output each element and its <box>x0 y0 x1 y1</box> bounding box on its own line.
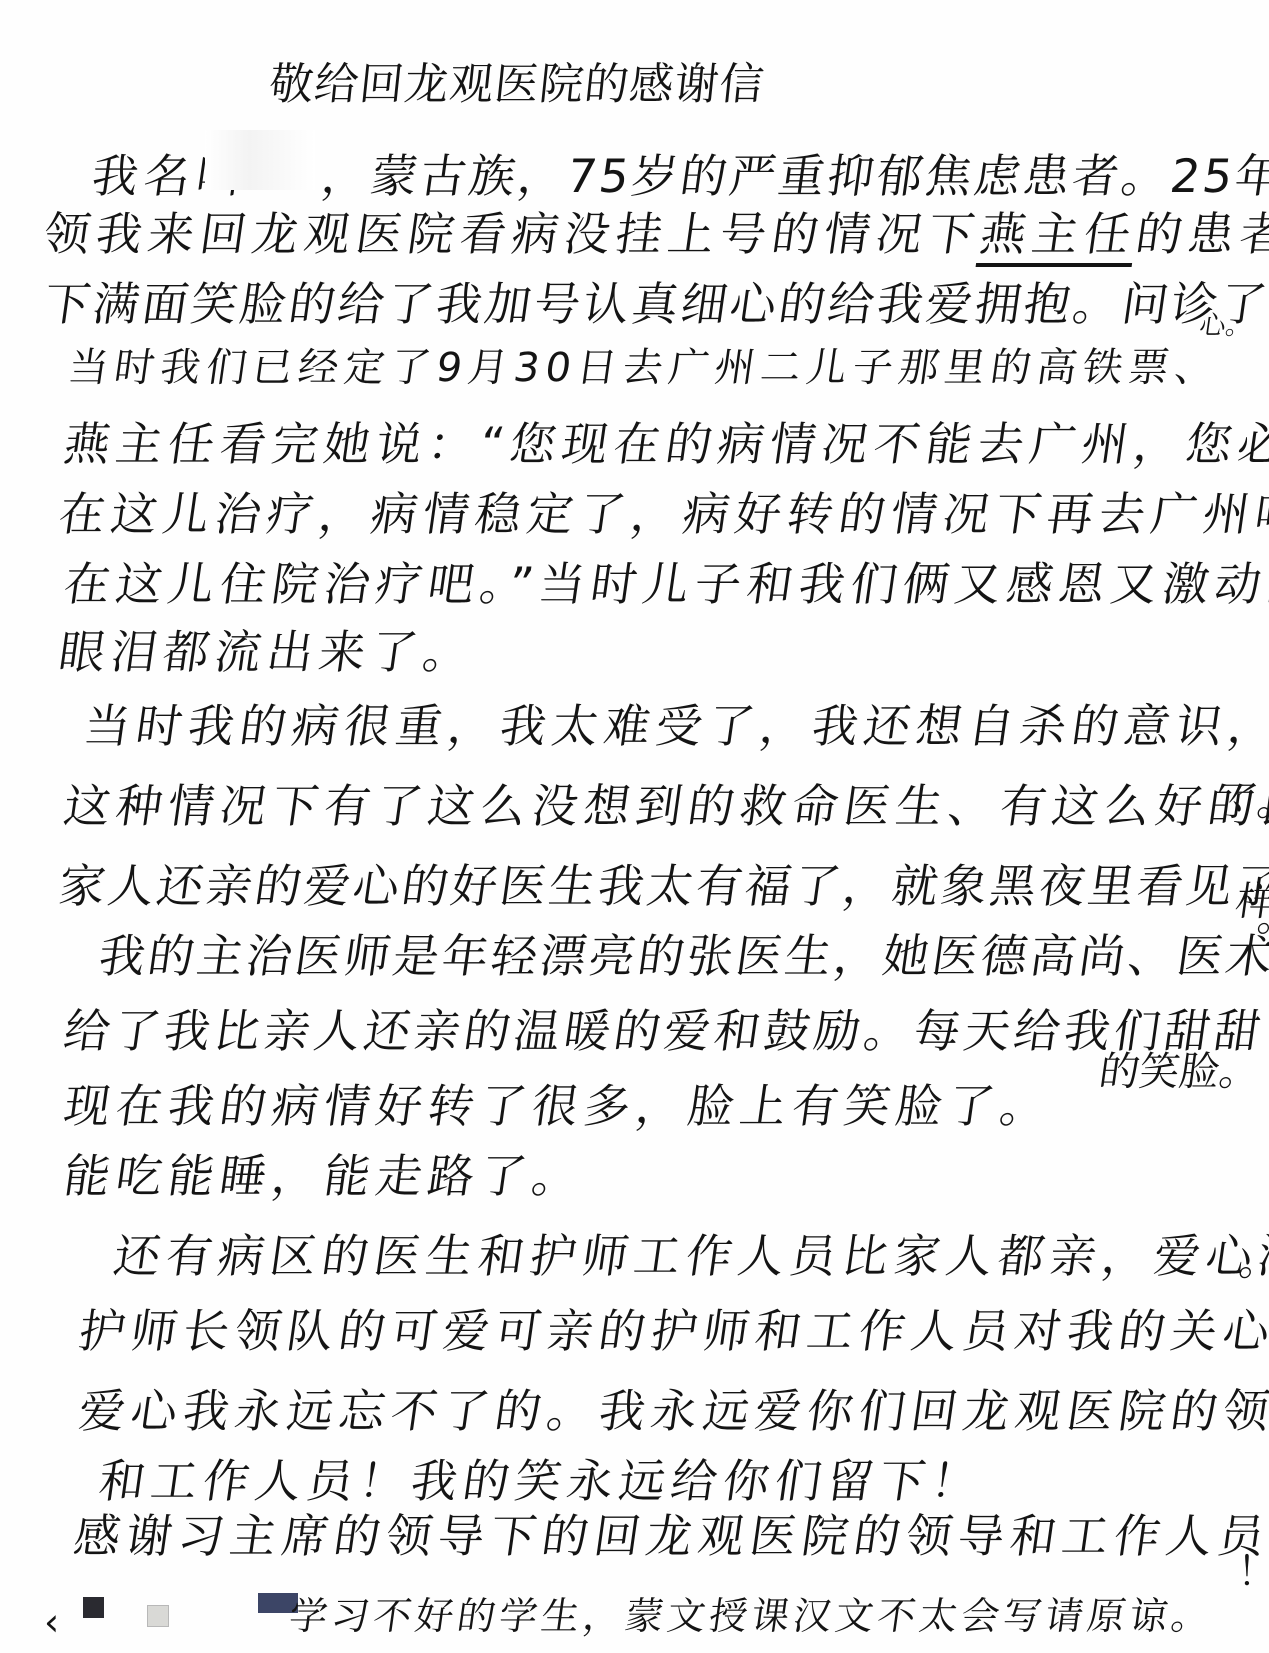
letter-line-7: 在这儿住院治疗吧。”当时儿子和我们俩又感恩又激动的 <box>60 548 1269 614</box>
letter-line-15: 能吃能睡，能走路了。 <box>60 1140 589 1206</box>
letter-line-16: 还有病区的医生和护师工作人员比家人都亲，爱心满满 <box>110 1220 1269 1286</box>
letter-line-5: 燕主任看完她说：“您现在的病情况不能去广州，您必须 <box>60 408 1269 474</box>
letter-title: 敬给回龙观医院的感谢信 <box>267 48 814 112</box>
director-yan-underlined: 燕主任 <box>976 207 1140 267</box>
letter-line-2b: 的患者那么多的情况 <box>1132 207 1269 261</box>
letter-line-18: 爱心我永远忘不了的。我永远爱你们回龙观医院的领导 <box>75 1375 1269 1441</box>
redacted-name <box>205 130 315 190</box>
closing-exclamation: ！ <box>1237 1540 1269 1597</box>
letter-line-10: 这种情况下有了这么没想到的救命医生、有这么好的比 <box>60 770 1269 836</box>
letter-line-6: 在这儿治疗，病情稳定了，病好转的情况下再去广州吧 <box>55 478 1269 544</box>
letter-footnote: 学习不好的学生，蒙文授课汉文不太会写请原谅。 <box>286 1585 1218 1640</box>
letter-line-17: 护师长领队的可爱可亲的护师和工作人员对我的关心 <box>75 1295 1269 1361</box>
letter-line-2a: 领我来回龙观医院看病没挂上号的情况下 <box>40 207 984 261</box>
letter-line-2: 领我来回龙观医院看病没挂上号的情况下燕主任的患者那么多的情况 <box>40 198 1269 264</box>
letter-line-14: 现在我的病情好转了很多，脸上有笑脸了。 <box>60 1070 1057 1136</box>
margin-note-4: 的笑脸。 <box>1096 1040 1264 1097</box>
letter-line-9: 当时我的病很重，我太难受了，我还想自杀的意识，不想活 <box>80 690 1269 756</box>
letter-line-4: 当时我们已经定了9月30日去广州二儿子那里的高铁票、 <box>65 336 1225 393</box>
letter-line-3: 下满面笑脸的给了我加号认真细心的给我爱拥抱。问诊了特细 <box>40 268 1269 334</box>
letter-line-8: 眼泪都流出来了。 <box>55 616 480 682</box>
letter-page: 敬给回龙观医院的感谢信 我名叫 ，蒙古族，75岁的严重抑郁焦虑患者。25年9月2… <box>0 0 1269 1653</box>
redaction-square-dark <box>83 1597 104 1618</box>
footnote-open-bracket: ‹ <box>44 1600 59 1644</box>
letter-line-20: 感谢习主席的领导下的回龙观医院的领导和工作人员 <box>70 1500 1269 1566</box>
margin-note-2: 了。 <box>1214 770 1269 827</box>
letter-line-11: 家人还亲的爱心的好医生我太有福了，就象黑夜里看见了太阳一 <box>55 850 1269 916</box>
letter-line-1b: ，蒙古族，75岁的严重抑郁焦虑患者。25年9月29日大儿子 <box>318 140 1269 206</box>
redaction-square-light <box>147 1605 169 1627</box>
letter-line-13: 给了我比亲人还亲的温暖的爱和鼓励。每天给我们甜甜 <box>60 995 1269 1061</box>
letter-line-12: 我的主治医师是年轻漂亮的张医生，她医德高尚、医术高明、 <box>95 920 1269 986</box>
